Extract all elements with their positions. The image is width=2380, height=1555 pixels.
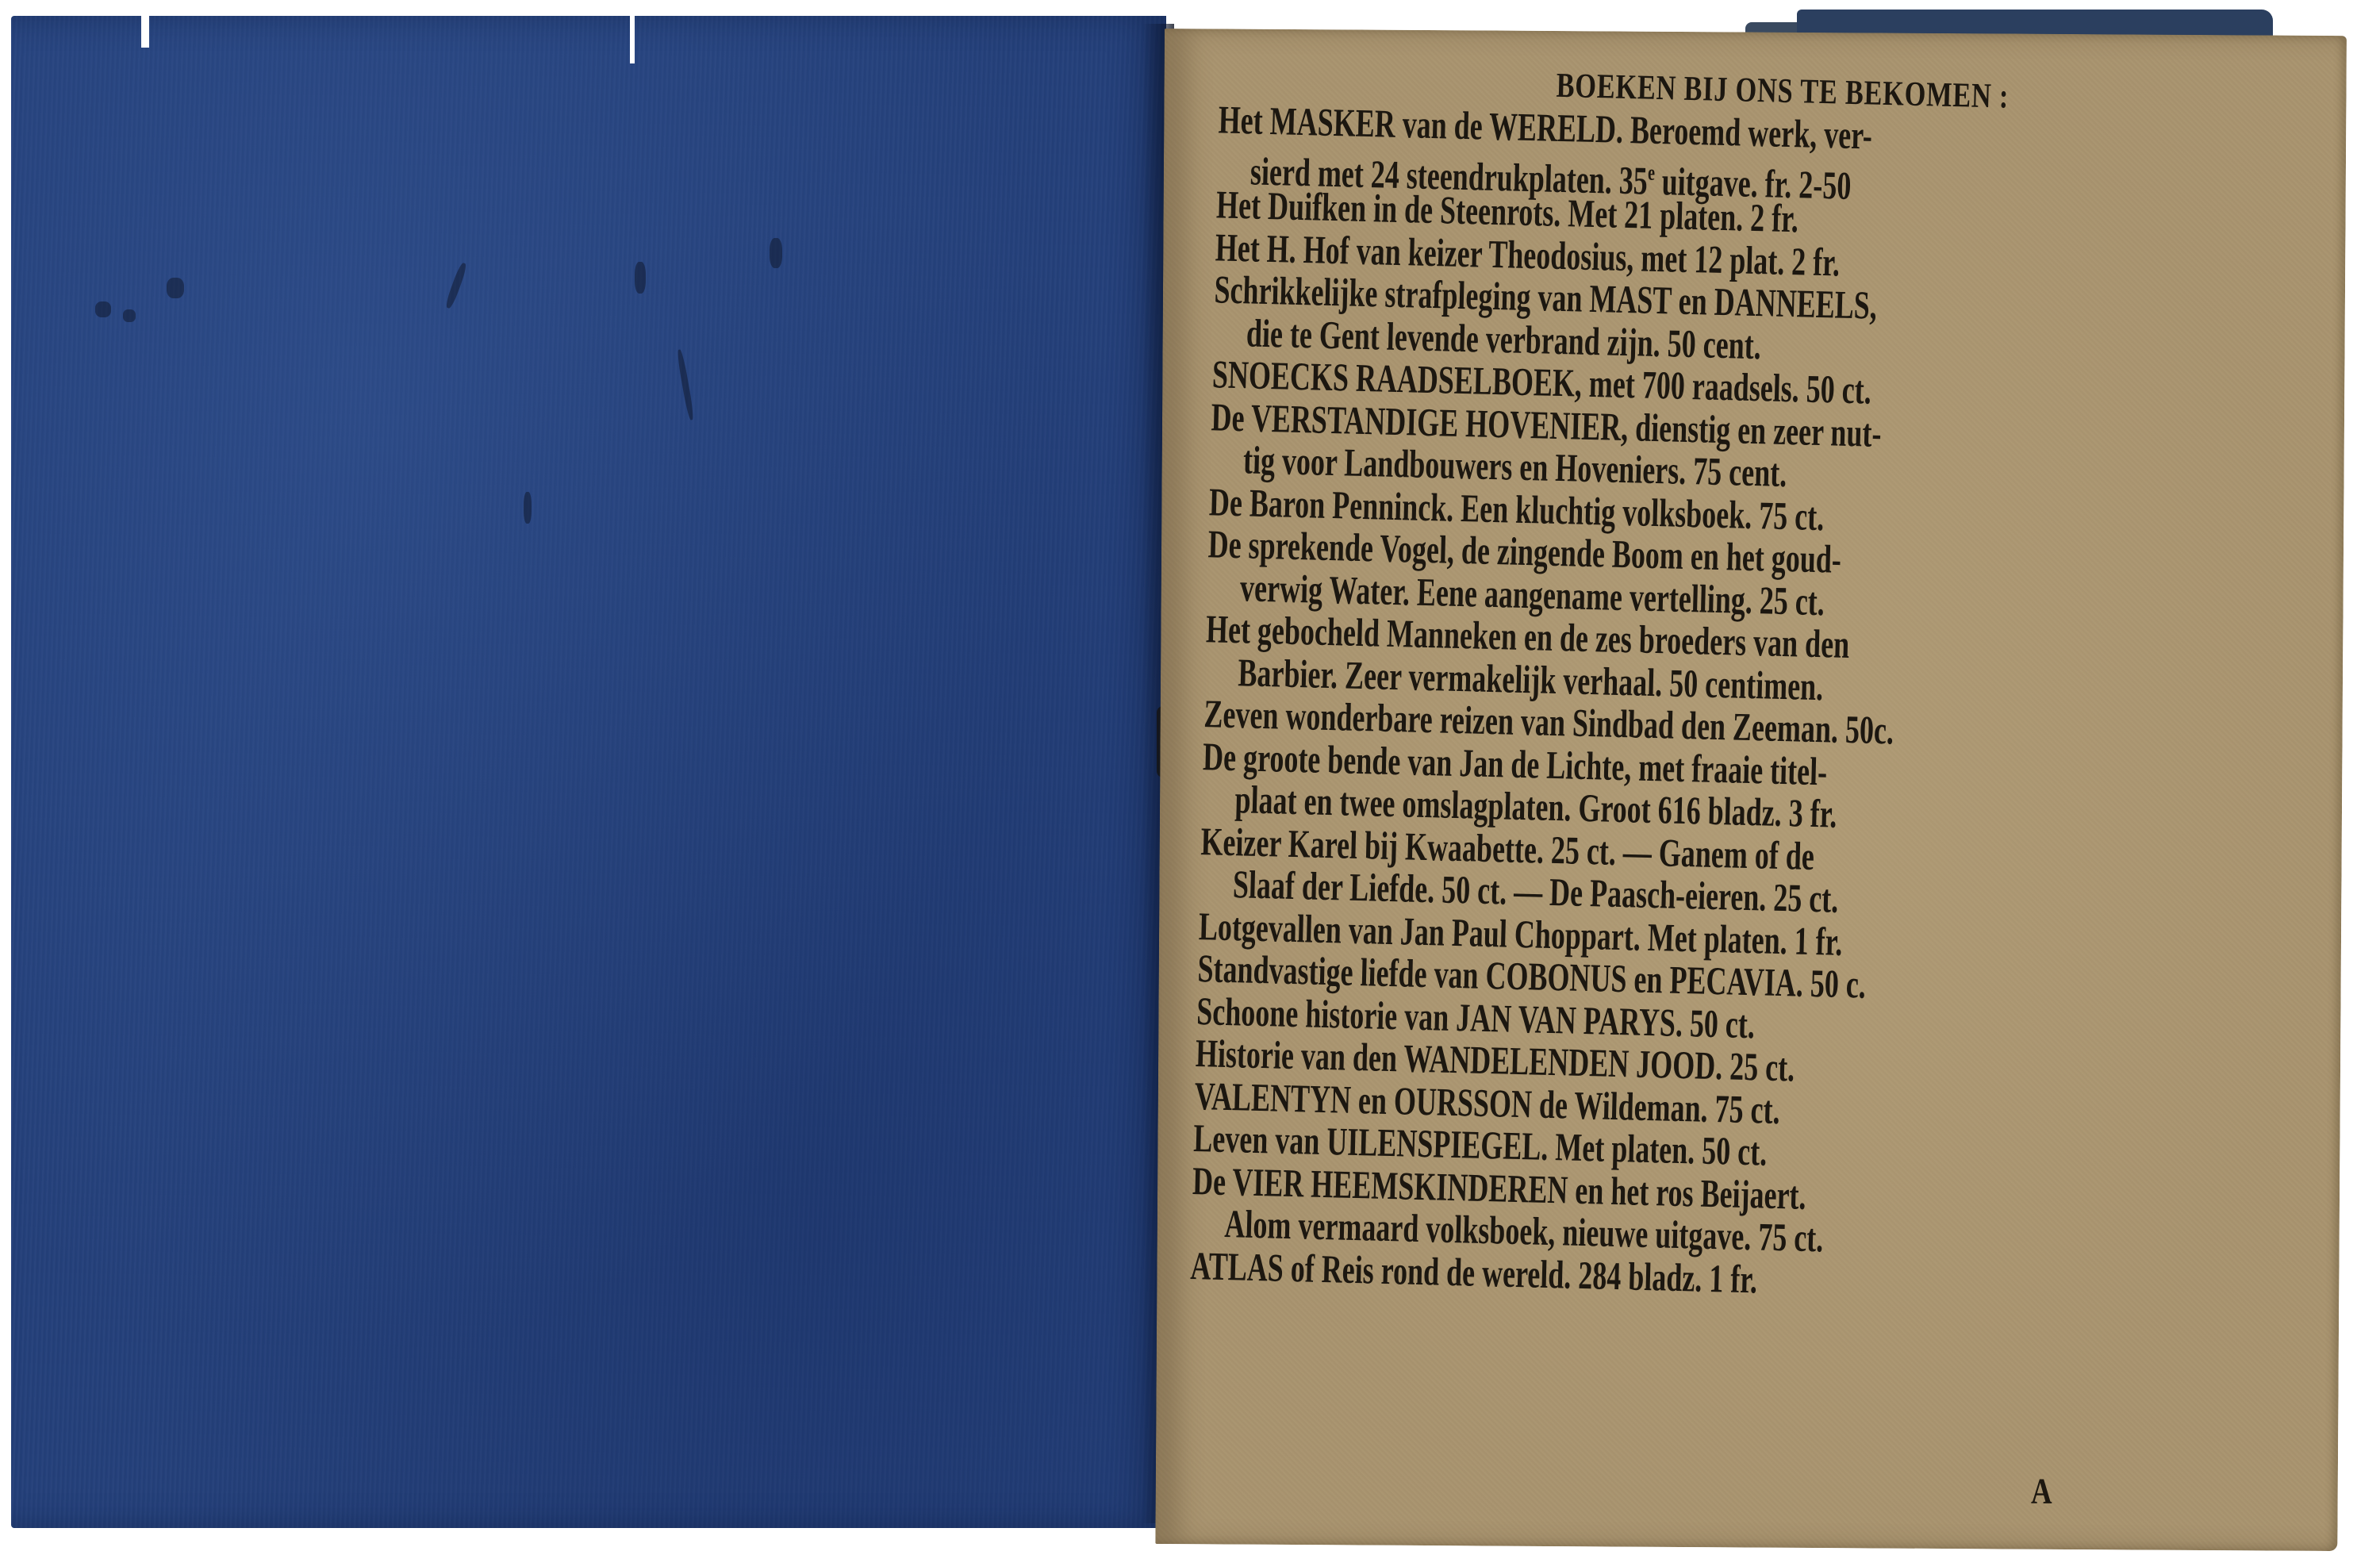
- cover-tear-notch: [630, 16, 635, 63]
- faint-handwriting-marks: [79, 230, 793, 563]
- right-page: BOEKEN BIJ ONS TE BEKOMEN : Het MASKER v…: [1155, 29, 2347, 1551]
- signature-mark: A: [2031, 1470, 2052, 1512]
- cover-tear-notch: [141, 16, 149, 48]
- booklet-photo: BOEKEN BIJ ONS TE BEKOMEN : Het MASKER v…: [0, 0, 2380, 1555]
- book-list: BOEKEN BIJ ONS TE BEKOMEN : Het MASKER v…: [1190, 56, 2315, 1313]
